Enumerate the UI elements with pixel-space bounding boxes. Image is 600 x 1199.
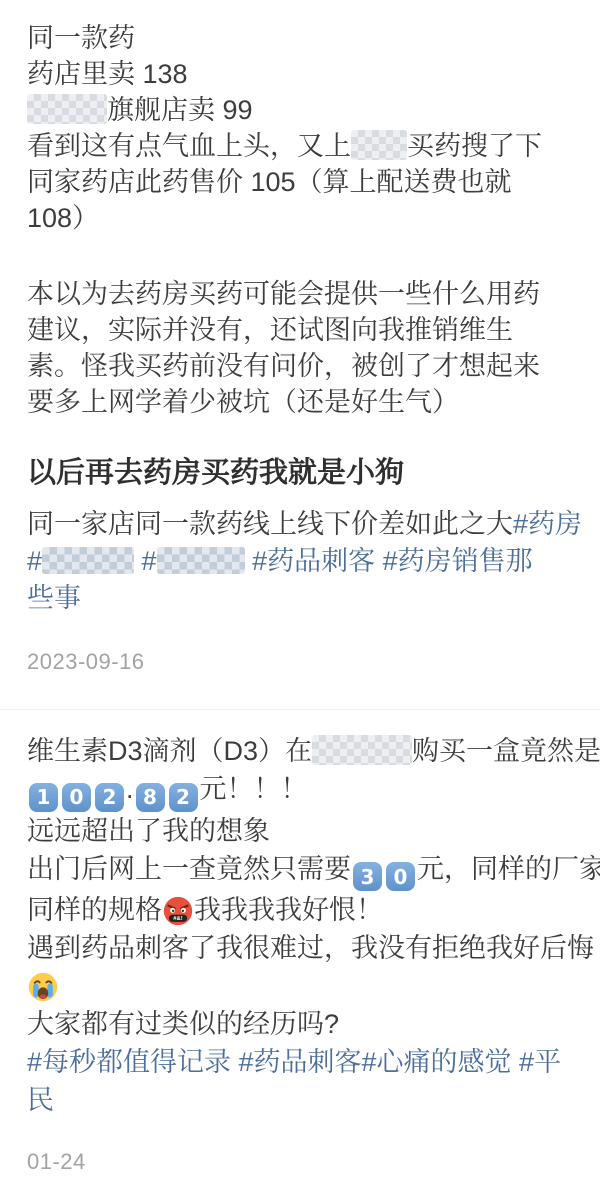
text-run: 本以为去药房买药可能会提供一些什么用药 [27, 279, 540, 309]
text-line: 些事 [27, 580, 594, 617]
text-run: 素。怪我买药前没有问价，被创了才想起来 [27, 351, 540, 381]
text-run: 购买一盒竟然是 [412, 736, 600, 766]
text-run: 买药搜了下 [407, 131, 542, 161]
post-date: 01-24 [27, 1149, 594, 1175]
text-run: 同样的规格 [27, 895, 162, 925]
text-run: 大家都有过类似的经历吗? [27, 1009, 339, 1039]
text-line: 遇到药品刺客了我很难过，我没有拒绝我好后悔 [27, 929, 594, 967]
post-card[interactable]: 维生素D3滴剂（D3）在购买一盒竟然是102.82元！！！远远超出了我的想象出门… [0, 732, 600, 1175]
text-line: 药店里卖 138 [27, 56, 594, 92]
hashtag[interactable]: #药品刺客 #药房销售那 [245, 546, 533, 576]
keycap-digit-emoji: 2 [169, 783, 198, 812]
loudly-crying-face-emoji [28, 972, 58, 1002]
text-run: 元！！！ [200, 774, 308, 804]
text-run: 元，同样的厂家 [417, 854, 600, 884]
text-line: 建议，实际并没有，还试图向我推销维生 [27, 312, 594, 348]
text-run: 维生素D3滴剂（D3）在 [27, 736, 312, 766]
post-card[interactable]: 同一款药药店里卖 138旗舰店卖 99看到这有点气血上头，又上买药搜了下同家药店… [0, 20, 600, 675]
text-line: 旗舰店卖 99 [27, 92, 594, 128]
hashtag[interactable]: #药房 [513, 509, 582, 539]
text-line: 本以为去药房买药可能会提供一些什么用药 [27, 276, 594, 312]
text-run: 遇到药品刺客了我很难过，我没有拒绝我好后悔 [27, 933, 594, 963]
text-run: 看到这有点气血上头，又上 [27, 131, 351, 161]
keycap-digit-emoji: 0 [386, 862, 415, 891]
keycap-digit-emoji: 0 [62, 783, 91, 812]
svg-text:#&!: #&! [173, 916, 182, 922]
text-line: 同一家店同一款药线上线下价差如此之大#药房 [27, 506, 594, 543]
text-run: 远远超出了我的想象 [27, 816, 270, 846]
text-line: 素。怪我买药前没有问价，被创了才想起来 [27, 348, 594, 384]
text-run: 我我我我好恨！ [194, 895, 383, 925]
keycap-digit-emoji: 1 [29, 783, 58, 812]
text-line: 看到这有点气血上头，又上买药搜了下 [27, 128, 594, 164]
keycap-digit-emoji: 3 [353, 862, 382, 891]
hashtag[interactable]: 些事 [27, 583, 81, 613]
text-line: 要多上网学着少被坑（还是好生气） [27, 384, 594, 420]
text-run: 药店里卖 138 [27, 59, 188, 89]
text-run: 108） [27, 203, 99, 233]
text-line: 同家药店此药售价 105（算上配送费也就 [27, 164, 594, 200]
censored-mosaic [42, 547, 134, 574]
text-line [27, 967, 594, 1005]
text-run: 旗舰店卖 99 [107, 95, 253, 125]
hashtag[interactable]: #每秒都值得记录 #药品刺客#心痛的感觉 #平 [27, 1047, 561, 1077]
text-line: 维生素D3滴剂（D3）在购买一盒竟然是 [27, 732, 594, 770]
text-line: # # #药品刺客 #药房销售那 [27, 543, 594, 580]
hashtag[interactable]: # [134, 546, 157, 576]
text-line: 108） [27, 200, 594, 236]
hashtag[interactable]: 民 [27, 1085, 54, 1115]
notes-feed: 同一款药药店里卖 138旗舰店卖 99看到这有点气血上头，又上买药搜了下同家药店… [0, 0, 600, 1199]
keycap-digit-emoji: 2 [95, 783, 124, 812]
text-line [27, 236, 594, 276]
censored-mosaic [27, 94, 107, 124]
text-run: 同一家店同一款药线上线下价差如此之大 [27, 509, 513, 539]
text-run: 建议，实际并没有，还试图向我推销维生 [27, 315, 513, 345]
post-title: 以后再去药房买药我就是小狗 [27, 454, 594, 492]
text-line: 出门后网上一查竟然只需要30元，同样的厂家 [27, 850, 594, 892]
post-date: 2023-09-16 [27, 649, 594, 675]
censored-mosaic [312, 735, 412, 765]
text-run: 同家药店此药售价 105（算上配送费也就 [27, 167, 512, 197]
text-line: 大家都有过类似的经历吗? [27, 1005, 594, 1043]
post-description: 同一家店同一款药线上线下价差如此之大#药房# # #药品刺客 #药房销售那些事 [27, 506, 594, 617]
censored-mosaic [351, 130, 407, 160]
hashtag[interactable]: # [27, 546, 42, 576]
censored-mosaic [157, 547, 245, 574]
text-line: 102.82元！！！ [27, 770, 594, 812]
text-run: 同一款药 [27, 23, 135, 53]
post-divider [0, 709, 600, 710]
text-run: 出门后网上一查竟然只需要 [27, 854, 351, 884]
text-line: #每秒都值得记录 #药品刺客#心痛的感觉 #平 [27, 1043, 594, 1081]
text-line: 民 [27, 1081, 594, 1119]
face-with-symbols-on-mouth-emoji: #&! [163, 896, 193, 926]
keycap-digit-emoji: 8 [136, 783, 165, 812]
text-line: 同一款药 [27, 20, 594, 56]
text-line: 同样的规格#&!我我我我好恨！ [27, 891, 594, 929]
text-run: . [126, 774, 134, 804]
post-body: 维生素D3滴剂（D3）在购买一盒竟然是102.82元！！！远远超出了我的想象出门… [27, 732, 594, 1119]
post-body: 同一款药药店里卖 138旗舰店卖 99看到这有点气血上头，又上买药搜了下同家药店… [27, 20, 594, 420]
text-line: 远远超出了我的想象 [27, 812, 594, 850]
text-run: 要多上网学着少被坑（还是好生气） [27, 387, 459, 417]
